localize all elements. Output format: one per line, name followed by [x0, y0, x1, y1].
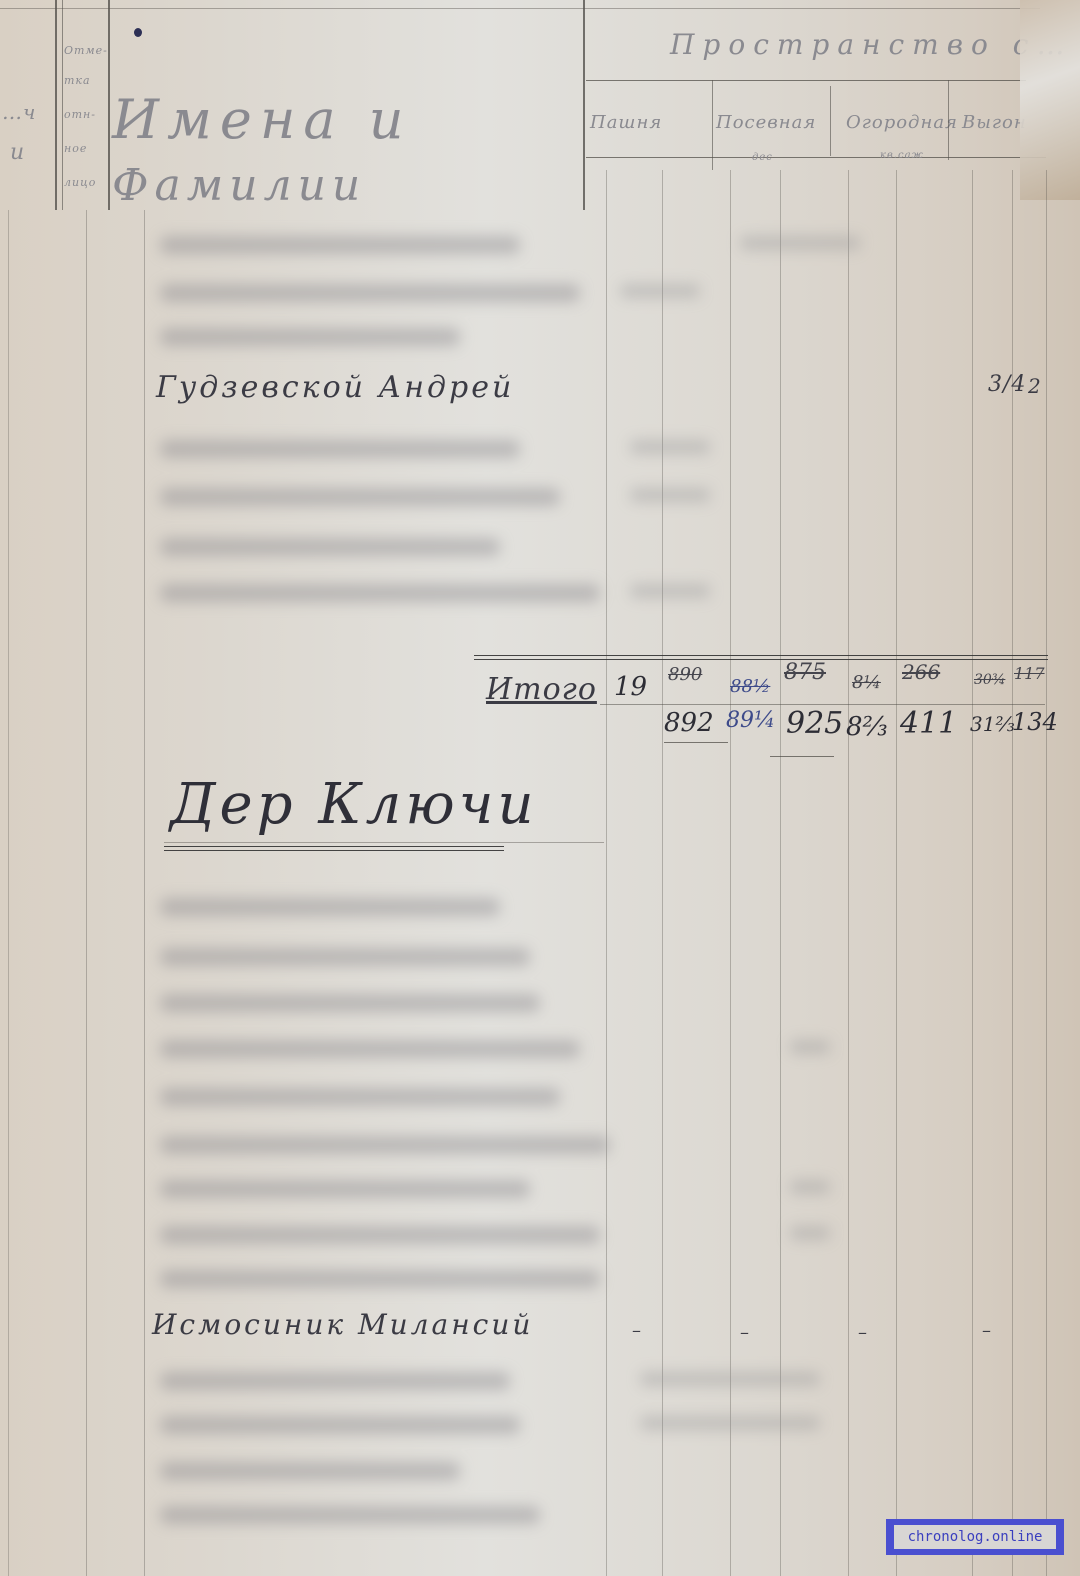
person-name: Исмосиник Милансий: [152, 1308, 533, 1341]
heading-rule: [164, 842, 604, 843]
column-divider: [712, 80, 713, 170]
row-value: –: [982, 1320, 992, 1341]
redacted-rows-1: [0, 210, 1080, 348]
column-divider: [62, 0, 63, 210]
row-value: 3/4: [988, 372, 1026, 397]
struck-value: 8¼: [852, 672, 881, 693]
struck-value: 890: [668, 664, 702, 685]
final-value: 31⅔: [970, 712, 1015, 736]
totals-label: Итого: [486, 672, 597, 707]
final-value: 892: [664, 708, 714, 738]
group-header: Пространство с…: [670, 28, 1072, 61]
totals-double-rule: [474, 655, 1048, 660]
struck-value: 30¾: [974, 672, 1005, 688]
narrow-header-5: лицо: [64, 176, 96, 189]
watermark-badge: chronolog.online: [886, 1519, 1064, 1555]
torn-page-corner: [1020, 0, 1080, 200]
final-value: 411: [900, 706, 957, 741]
struck-value: 117: [1014, 664, 1045, 683]
totals-count: 19: [614, 672, 647, 702]
document-scan: …ч и Отме- тка отн- ное лицо Имена и Фам…: [0, 0, 1080, 1576]
margin-header-2: и: [10, 140, 25, 165]
column-divider: [55, 0, 57, 210]
final-value: 8⅔: [846, 712, 888, 742]
unit-mark-2: кв.саж: [880, 150, 924, 161]
row-value: 2: [1028, 374, 1042, 398]
subcolumn-2: Посевная: [716, 112, 816, 133]
redacted-rows-2: [0, 418, 1080, 648]
person-name: Гудзевской Андрей: [156, 370, 514, 405]
struck-value: 875: [784, 660, 826, 685]
final-value: 925: [786, 706, 843, 741]
header-bottom-rule: [586, 157, 1046, 158]
header-mid-rule: [586, 80, 1026, 81]
margin-header-1: …ч: [2, 100, 36, 124]
watermark-text: chronolog.online: [894, 1525, 1056, 1549]
final-value: 89¼: [726, 708, 775, 733]
unit-mark-1: дес: [752, 152, 773, 163]
final-value: 134: [1012, 708, 1058, 736]
struck-value: 266: [902, 660, 940, 684]
redacted-rows-3: [0, 864, 1080, 1296]
narrow-header-1: Отме-: [64, 44, 108, 57]
narrow-header-3: отн-: [64, 108, 96, 121]
subcolumn-3: Огородная: [846, 112, 958, 133]
header-top-rule: [0, 8, 1040, 9]
column-divider: [948, 80, 949, 160]
struck-value: 88½: [730, 676, 770, 697]
heading-underline: [164, 846, 504, 851]
row-value: –: [632, 1320, 642, 1341]
row-value: –: [858, 1322, 868, 1343]
underline: [770, 756, 834, 757]
subcolumn-1: Пашня: [590, 112, 662, 133]
totals-mid-rule: [600, 704, 1045, 705]
narrow-header-2: тка: [64, 74, 91, 87]
ink-dot: [134, 28, 142, 37]
section-heading: Дер Ключи: [170, 772, 538, 837]
row-value: –: [740, 1322, 750, 1343]
name-column-header-1: Имена и: [112, 88, 412, 151]
underline: [664, 742, 728, 743]
table-header: …ч и Отме- тка отн- ное лицо Имена и Фам…: [0, 0, 1080, 210]
narrow-header-4: ное: [64, 142, 87, 155]
name-column-header-2: Фамилии: [112, 160, 366, 211]
column-divider: [108, 0, 110, 210]
column-divider: [583, 0, 585, 210]
column-divider: [830, 86, 831, 156]
subcolumn-4: Выгон: [962, 112, 1027, 133]
